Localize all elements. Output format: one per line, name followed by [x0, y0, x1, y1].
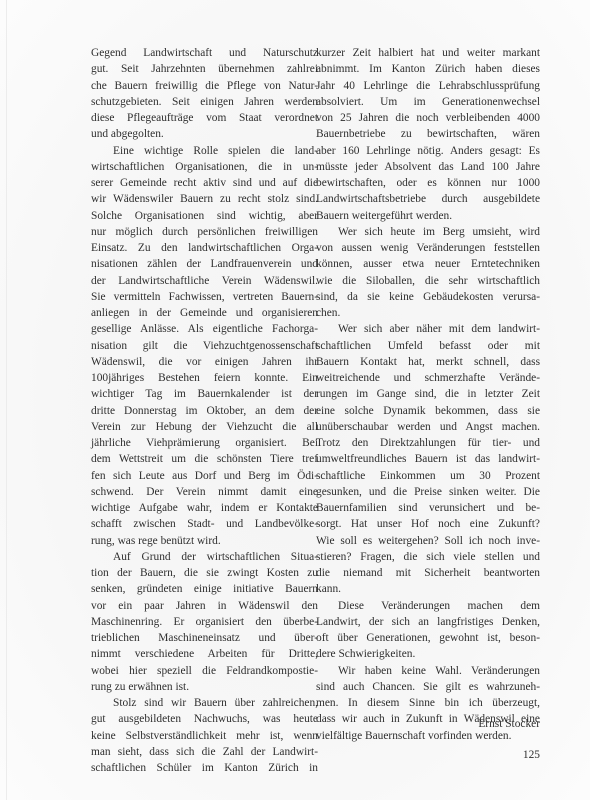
text-line: gut ausgebildeten Nachwuchs, was heute [91, 711, 318, 727]
book-page: Gegend Landwirtschaft und Naturschutzgut… [0, 0, 590, 800]
text-line: Wer sich heute im Berg umsieht, wird [316, 224, 540, 240]
text-line: nur möglich durch persönlichen freiwilli… [91, 224, 318, 240]
text-line: nisation gilt die Viehzuchtgenossenschaf… [91, 338, 318, 354]
text-line: anliegen in der Gemeinde und organisiere… [91, 305, 318, 321]
text-line: 100jähriges Bestehen feiern konnte. Ein [91, 370, 318, 386]
text-line: wir Wädenswiler Bauern zu recht stolz si… [91, 191, 318, 207]
text-line: von 25 Jahren die noch verbleibenden 400… [316, 110, 540, 126]
text-line: Solche Organisationen sind wichtig, aber [91, 208, 318, 224]
text-line: oft über Generationen, gewohnt ist, beso… [316, 630, 540, 646]
text-line: wichtiger Tag im Bauernkalender ist der [91, 386, 318, 402]
text-line: umweltfreundliches Bauern ist das landwi… [316, 451, 540, 467]
text-line: Bauern weitergeführt werden. [316, 208, 540, 224]
text-line: dem Wettstreit um die schönsten Tiere tr… [91, 451, 318, 467]
text-line: schafft zwischen Stadt- und Landbevölke- [91, 516, 318, 532]
text-line: keine Selbstverständlichkeit mehr ist, w… [91, 728, 318, 744]
text-line: dere Schwierigkeiten. [316, 646, 540, 662]
text-line: sind, da sie keine Gebäudekosten verursa… [316, 289, 540, 305]
text-line: gesunken, und die Preise sinken weiter. … [316, 484, 540, 500]
text-line: schaftliche Einkommen um 30 Prozent [316, 468, 540, 484]
text-line: gut. Seit Jahrzehnten übernehmen zahlrei [91, 61, 318, 77]
text-line: fen sich Leute aus Dorf und Berg im Ödi- [91, 468, 318, 484]
text-line: jährliche Viehprämierung organisiert. Be… [91, 435, 318, 451]
text-line: Wir haben keine Wahl. Veränderungen [316, 663, 540, 679]
text-line: dritte Donnerstag im Oktober, an dem der [91, 403, 318, 419]
text-line: Bauernfamilien sind verunsichert und be- [316, 500, 540, 516]
text-line: Eine wichtige Rolle spielen die land- [91, 143, 318, 159]
text-line: können, ausser etwa neuer Erntetechniken [316, 256, 540, 272]
text-line: man sieht, dass sich die Zahl der Landwi… [91, 744, 318, 760]
text-line: gesellige Anlässe. Als eigentliche Facho… [91, 321, 318, 337]
text-line: senken, gründeten einige initiative Baue… [91, 581, 318, 597]
text-line: Wer sich aber näher mit dem landwirt- [316, 321, 540, 337]
text-line: absolviert. Um im Generationenwechsel [316, 94, 540, 110]
text-line: vor ein paar Jahren in Wädenswil den [91, 598, 318, 614]
text-line: schaftlichen Umfeld befasst oder mit [316, 338, 540, 354]
text-line: Maschinenring. Er organisiert den überbe… [91, 614, 318, 630]
text-line: abnimmt. Im Kanton Zürich haben dieses [316, 61, 540, 77]
text-line: Wie soll es weitergehen? Soll ich noch i… [316, 533, 540, 549]
text-line: kann. [316, 581, 540, 597]
text-line: schutzgebieten. Seit einigen Jahren werd… [91, 94, 318, 110]
text-line: Auf Grund der wirtschaftlichen Situa- [91, 549, 318, 565]
text-line: von aussen wenig Veränderungen feststell… [316, 240, 540, 256]
author-signature: Ernst Stocker [316, 718, 540, 730]
text-line: Verein zur Hebung der Viehzucht die all [91, 419, 318, 435]
text-line: Sie vermitteln Fachwissen, vertreten Bau… [91, 289, 318, 305]
text-line: Wädenswil, die vor einigen Jahren ihr [91, 354, 318, 370]
left-text-column: Gegend Landwirtschaft und Naturschutzgut… [91, 45, 318, 776]
text-line: stieren? Fragen, die sich viele stellen … [316, 549, 540, 565]
text-line: nisationen zählen der Landfrauenverein u… [91, 256, 318, 272]
text-line: sind auch Chancen. Sie gilt es wahrzuneh… [316, 679, 540, 695]
text-line: eine solche Dynamik bekommen, dass sie [316, 403, 540, 419]
text-line: rungen im Gange sind, die in letzter Zei… [316, 386, 540, 402]
text-line: rung, was rege benützt wird. [91, 533, 318, 549]
page-number: 125 [316, 749, 540, 761]
text-line: Landwirt, der sich an langfristiges Denk… [316, 614, 540, 630]
text-line: wirtschaftlichen Organisationen, die in … [91, 159, 318, 175]
text-line: kurzer Zeit halbiert hat und weiter mark… [316, 45, 540, 61]
text-line: Landwirtschaftsbetriebe durch ausgebilde… [316, 191, 540, 207]
text-line: men. In diesem Sinne bin ich überzeugt, [316, 695, 540, 711]
text-line: Bauern Kontakt hat, merkt schnell, dass [316, 354, 540, 370]
text-line: Einsatz. Zu den landwirtschaftlichen Org… [91, 240, 318, 256]
text-line: chen. [316, 305, 540, 321]
text-line: wie die Siloballen, die sehr wirtschaftl… [316, 273, 540, 289]
text-line: che Bauern freiwillig die Pflege von Nat… [91, 78, 318, 94]
text-line: wichtige Aufgabe wahr, indem er Kontakte [91, 500, 318, 516]
text-line: nimmt verschiedene Arbeiten für Dritte, [91, 646, 318, 662]
text-line: Trotz den Direktzahlungen für tier- und [316, 435, 540, 451]
text-line: unüberschaubar werden und Angst machen. [316, 419, 540, 435]
text-line: wobei hier speziell die Feldrandkomposti… [91, 663, 318, 679]
text-line: sorgt. Hat unser Hof noch eine Zukunft? [316, 516, 540, 532]
text-line: die niemand mit Sicherheit beantworten [316, 565, 540, 581]
text-line: und abgegolten. [91, 126, 318, 142]
text-line: Stolz sind wir Bauern über zahlreichen, [91, 695, 318, 711]
text-line: aber 160 Lehrlinge nötig. Anders gesagt:… [316, 143, 540, 159]
text-line: schwend. Der Verein nimmt damit eine [91, 484, 318, 500]
text-line: bewirtschaften, oder es können nur 1000 [316, 175, 540, 191]
text-line: Diese Veränderungen machen dem [316, 598, 540, 614]
text-line: Bauernbetriebe zu bewirtschaften, wären [316, 126, 540, 142]
text-line: serer Gemeinde recht aktiv sind und auf … [91, 175, 318, 191]
text-line: müsste jeder Absolvent das Land 100 Jahr… [316, 159, 540, 175]
text-line: der Landwirtschaftliche Verein Wädenswil… [91, 273, 318, 289]
text-line: weitreichende und schmerzhafte Verände- [316, 370, 540, 386]
text-line: rung zu erwähnen ist. [91, 679, 318, 695]
text-line: schaftlichen Schüler im Kanton Zürich in [91, 760, 318, 776]
page-edge [6, 0, 7, 800]
text-line: Jahr 40 Lehrlinge die Lehrabschlussprüfu… [316, 78, 540, 94]
text-line: trieblichen Maschineneinsatz und über- [91, 630, 318, 646]
text-line: diese Pflegeaufträge vom Staat verordnet [91, 110, 318, 126]
text-line: tion der Bauern, die sie zwingt Kosten z… [91, 565, 318, 581]
text-line: Gegend Landwirtschaft und Naturschutz [91, 45, 318, 61]
right-text-column: kurzer Zeit halbiert hat und weiter mark… [316, 45, 540, 744]
